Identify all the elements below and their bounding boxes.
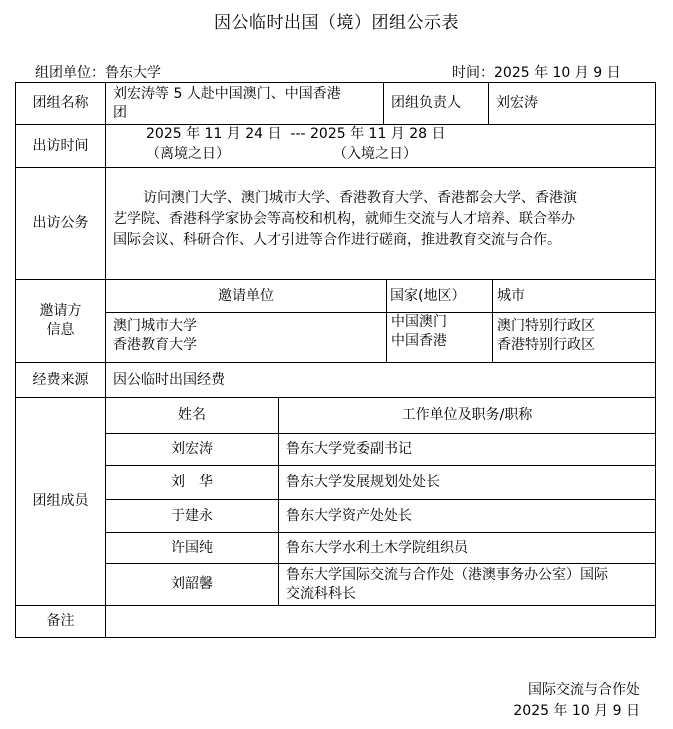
- city-item: 香港特别行政区: [497, 336, 595, 355]
- country-item: 中国澳门: [391, 313, 447, 332]
- mission-line: 访问澳门大学、澳门城市大学、香港教育大学、香港都会大学、香港演: [113, 188, 653, 209]
- footer-department: 国际交流与合作处: [500, 680, 640, 701]
- date-label: 时间：: [452, 65, 494, 81]
- remarks-value: [106, 606, 655, 637]
- member-position: 鲁东大学资产处处长: [279, 500, 655, 532]
- group-name-value: 刘宏涛等 5 人赴中国澳门、中国香港 团: [106, 83, 383, 124]
- members-label: 团组成员: [16, 398, 105, 605]
- inviter-label-line: 邀请方: [40, 302, 82, 321]
- members-position-header: 工作单位及职务/职称: [279, 398, 655, 433]
- inviter-label-line: 信息: [47, 321, 75, 340]
- member-position-line: 鲁东大学国际交流与合作处（港澳事务办公室）国际: [286, 566, 608, 585]
- departure-note: （离境之日）: [146, 145, 230, 164]
- mission-line: 国际会议、科研合作、人才引进等合作进行磋商，推进教育交流与合作。: [113, 230, 653, 251]
- member-name: 刘韶馨: [106, 564, 278, 605]
- organizer-value: 鲁东大学: [105, 65, 161, 81]
- date-value: 2025 年 10 月 9 日: [494, 65, 621, 81]
- table-border-right: [655, 82, 656, 638]
- funding-value: 因公临时出国经费: [106, 363, 655, 397]
- organizer-line: 组团单位：鲁东大学: [35, 62, 161, 82]
- city-list: 澳门特别行政区 香港特别行政区: [497, 317, 595, 355]
- city-header: 城市: [493, 280, 655, 312]
- organizer-label: 组团单位：: [35, 65, 105, 81]
- country-list: 中国澳门 中国香港: [391, 313, 447, 351]
- member-position: 鲁东大学发展规划处处长: [279, 466, 655, 499]
- leader-value: 刘宏涛: [489, 83, 655, 124]
- entry-note: （入境之日）: [333, 145, 417, 164]
- mission-line: 艺学院、香港科学家协会等高校和机构，就师生交流与人才培养、联合举办: [113, 209, 653, 230]
- city-item: 澳门特别行政区: [497, 317, 595, 336]
- group-name-line: 刘宏涛等 5 人赴中国澳门、中国香港: [113, 85, 341, 104]
- footer-date: 2025 年 10 月 9 日: [500, 701, 640, 722]
- document-title: 因公临时出国（境）团组公示表: [0, 8, 673, 33]
- member-position: 鲁东大学水利土木学院组织员: [279, 533, 655, 563]
- group-name-label: 团组名称: [16, 83, 105, 124]
- inviter-item: 澳门城市大学: [113, 317, 197, 336]
- member-name: 许国纯: [106, 533, 278, 563]
- member-name: 刘 华: [106, 466, 278, 499]
- visit-time-label: 出访时间: [16, 125, 105, 167]
- mission-label: 出访公务: [16, 168, 105, 279]
- remarks-label: 备注: [16, 606, 105, 637]
- member-position-line: 交流科科长: [286, 585, 356, 604]
- leader-label: 团组负责人: [384, 83, 488, 124]
- table-border-bottom: [15, 637, 656, 638]
- visit-time-range: 2025 年 11 月 24 日 --- 2025 年 11 月 28 日: [146, 125, 446, 144]
- footer: 国际交流与合作处 2025 年 10 月 9 日: [500, 680, 640, 722]
- row-divider: [15, 167, 656, 168]
- date-line: 时间：2025 年 10 月 9 日: [452, 62, 621, 82]
- group-name-line: 团: [113, 104, 127, 123]
- inviter-label: 邀请方 信息: [16, 280, 105, 362]
- row-divider: [105, 312, 656, 313]
- country-item: 中国香港: [391, 332, 447, 351]
- funding-label: 经费来源: [16, 363, 105, 397]
- mission-text: 访问澳门大学、澳门城市大学、香港教育大学、香港都会大学、香港演 艺学院、香港科学…: [113, 188, 653, 251]
- inviter-list: 澳门城市大学 香港教育大学: [113, 317, 197, 355]
- country-header: 国家(地区）: [387, 280, 492, 312]
- member-name: 刘宏涛: [106, 434, 278, 465]
- inviter-header: 邀请单位: [106, 280, 386, 312]
- member-name: 于建永: [106, 500, 278, 532]
- member-position: 鲁东大学国际交流与合作处（港澳事务办公室）国际 交流科科长: [279, 564, 655, 605]
- members-name-header: 姓名: [106, 398, 278, 433]
- inviter-item: 香港教育大学: [113, 336, 197, 355]
- member-position: 鲁东大学党委副书记: [279, 434, 655, 465]
